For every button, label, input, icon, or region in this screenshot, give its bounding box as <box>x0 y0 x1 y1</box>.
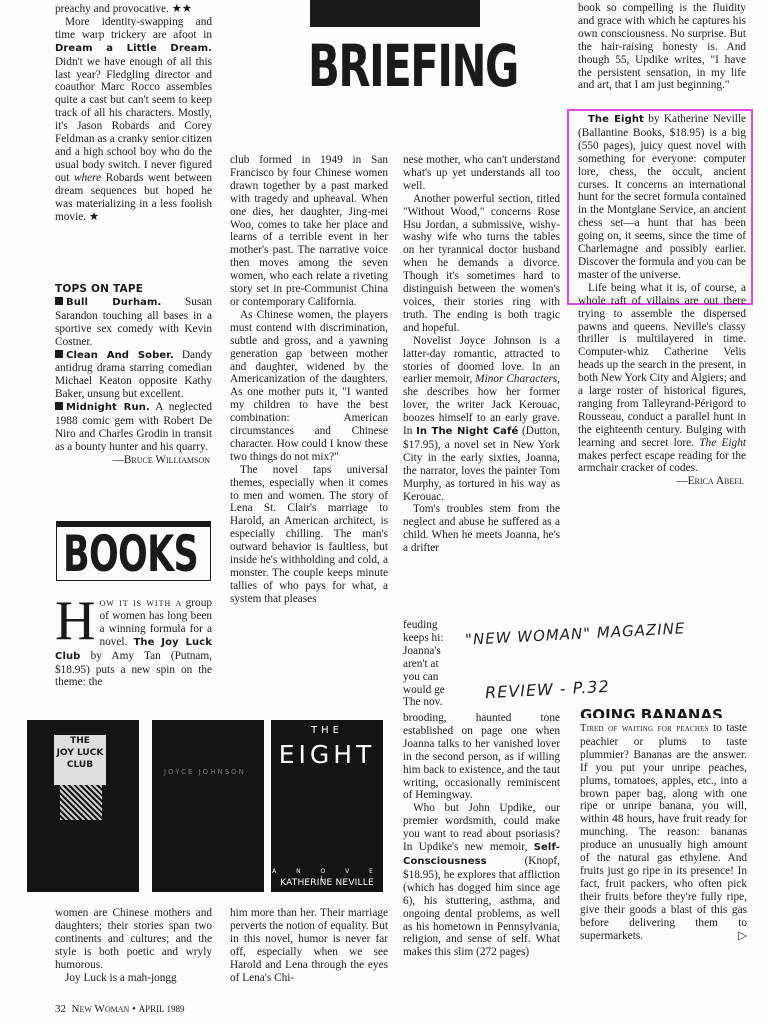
section-title: BRIEFING <box>308 34 435 98</box>
books-column-3-bottom: brooding, haunted tone established on pa… <box>403 712 560 959</box>
joy-luck-continued-2: him more than her. Their marriage perver… <box>230 907 388 984</box>
film-continuation: preachy and provocative. ★★ <box>55 3 212 16</box>
bullet-square-icon <box>55 350 63 358</box>
tops-on-tape: TOPS ON TAPE Bull Durham. Susan Sarandon… <box>55 283 212 467</box>
tops-on-tape-heading: TOPS ON TAPE <box>55 283 212 296</box>
film-title-dream: Dream a Little Dream. <box>55 43 212 54</box>
book-title-the-eight: The Eight <box>588 114 644 125</box>
books-heading: BOOKS <box>63 527 198 581</box>
sidebar-going-bananas: Tired of waiting for peaches to taste pe… <box>580 722 747 942</box>
film-column: preachy and provocative. ★★ More identit… <box>55 3 212 223</box>
books-column-3: nese mother, who can't understand what's… <box>403 154 560 555</box>
page-folio: 32 New Woman • APRIL 1989 <box>55 1003 185 1015</box>
the-eight-review: The Eight by Katherine Neville (Ballanti… <box>578 113 746 488</box>
joy-luck-lead: How it is with a group of women has long… <box>55 597 212 689</box>
byline: —Erica Abeel <box>578 475 746 488</box>
page-number: 32 <box>55 1003 66 1015</box>
books-column-4: book so compelling is the fluidity and g… <box>578 2 746 92</box>
cut-off-lines: feuding keeps hi: Joanna's aren't at you… <box>403 619 448 709</box>
bullet-square-icon <box>55 297 63 305</box>
handwritten-note-magazine: "NEW WOMAN" MAGAZINE <box>465 619 686 649</box>
tape-item: Midnight Run. A neglected 1988 comic gem… <box>55 401 212 454</box>
handwritten-note-review: REVIEW - P.32 <box>485 677 610 702</box>
tape-item: Bull Durham. Susan Sarandon touching all… <box>55 296 212 349</box>
book-cover-joy-luck-club: THE JOY LUCK CLUB <box>27 720 139 892</box>
books-column-2: club formed in 1949 in San Francisco by … <box>230 154 388 606</box>
tape-item: Clean And Sober. Dandy antidrug drama st… <box>55 349 212 402</box>
cover-illustration <box>60 785 102 820</box>
byline: —Bruce Williamson <box>55 454 212 467</box>
drop-cap: H <box>55 599 95 643</box>
issue-date: APRIL 1989 <box>139 1004 185 1014</box>
book-title-night-cafe: In The Night Café <box>416 426 518 437</box>
end-mark-icon: ▷ <box>738 930 747 943</box>
section-title-bar <box>310 0 480 27</box>
sidebar-heading: GOING BANANAS <box>580 708 723 718</box>
bullet-square-icon <box>55 402 63 410</box>
magazine-name: New Woman <box>72 1003 130 1015</box>
book-cover-night-cafe: JOYCE JOHNSON <box>152 720 264 892</box>
book-cover-the-eight: THE EIGHT A N O V E L KATHERINE NEVILLE <box>271 720 383 892</box>
dream-review: More identity-swapping and time warp tri… <box>55 16 212 224</box>
joy-luck-continued: women are Chinese mothers and daughters;… <box>55 907 212 984</box>
books-heading-box: BOOKS <box>56 521 211 581</box>
